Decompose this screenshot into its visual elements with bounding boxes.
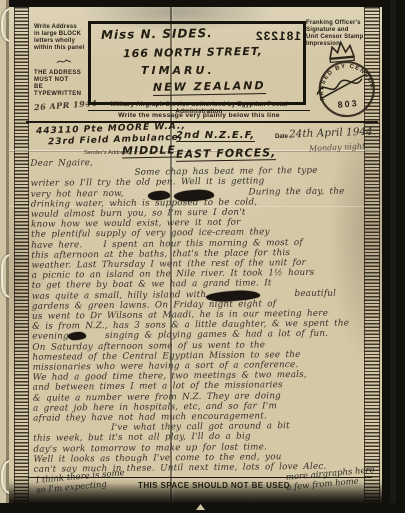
text-line: Signature and xyxy=(306,27,368,34)
airgraph-serial-number: 181232 xyxy=(255,29,301,43)
censor-number: 803 xyxy=(337,98,359,110)
date-label: Date xyxy=(275,134,288,140)
text-line: Franking Officer's xyxy=(306,20,368,27)
photo-shadow xyxy=(9,483,382,503)
not-typewritten-note: THE ADDRESSMUST NOTBE TYPEWRITTEN xyxy=(34,70,90,98)
address-country: NEW ZEALAND xyxy=(153,79,266,96)
text-line: MUST NOT xyxy=(34,77,90,84)
airgraph-photo: Write Addressin large BLOCKletters wholl… xyxy=(0,0,405,513)
address-street: 166 NORTH STREET, xyxy=(123,45,263,60)
airgraph-form: Write Addressin large BLOCKletters wholl… xyxy=(9,7,382,503)
text-line: within this panel xyxy=(34,45,90,52)
text-line: Write Address xyxy=(34,24,90,31)
address-box: Miss N. SIDES. 181232 166 NORTH STREET, … xyxy=(88,21,306,105)
text-line: letters wholly xyxy=(34,38,90,45)
addressee-name: Miss N. SIDES. xyxy=(101,26,213,42)
message-body: Dear Ngaire, Some chap has beat me for t… xyxy=(30,155,377,475)
pen-squiggle xyxy=(56,56,72,66)
sender-force: 2nd N.Z.E.F, xyxy=(176,130,255,142)
address-instruction-panel: Write Addressin large BLOCKletters wholl… xyxy=(34,24,90,98)
text-line: THE ADDRESS xyxy=(34,70,90,77)
censor-stamp: PASSED BY CENSOR 803 xyxy=(303,37,392,124)
sender-theatre-word1: MIDDLE xyxy=(122,144,176,159)
rule xyxy=(26,121,378,123)
address-town: TIMARU. xyxy=(141,64,215,77)
photo-frame-top xyxy=(24,0,405,7)
text-line: BE TYPEWRITTEN xyxy=(34,84,90,98)
block-letters-note: Write Addressin large BLOCKletters wholl… xyxy=(34,24,90,52)
text-line: in large BLOCK xyxy=(34,31,90,38)
plainly-line: Write the message very plainly below thi… xyxy=(96,112,302,119)
hatch-border-left xyxy=(14,7,29,503)
crown-icon xyxy=(329,41,355,62)
rule xyxy=(88,110,310,111)
